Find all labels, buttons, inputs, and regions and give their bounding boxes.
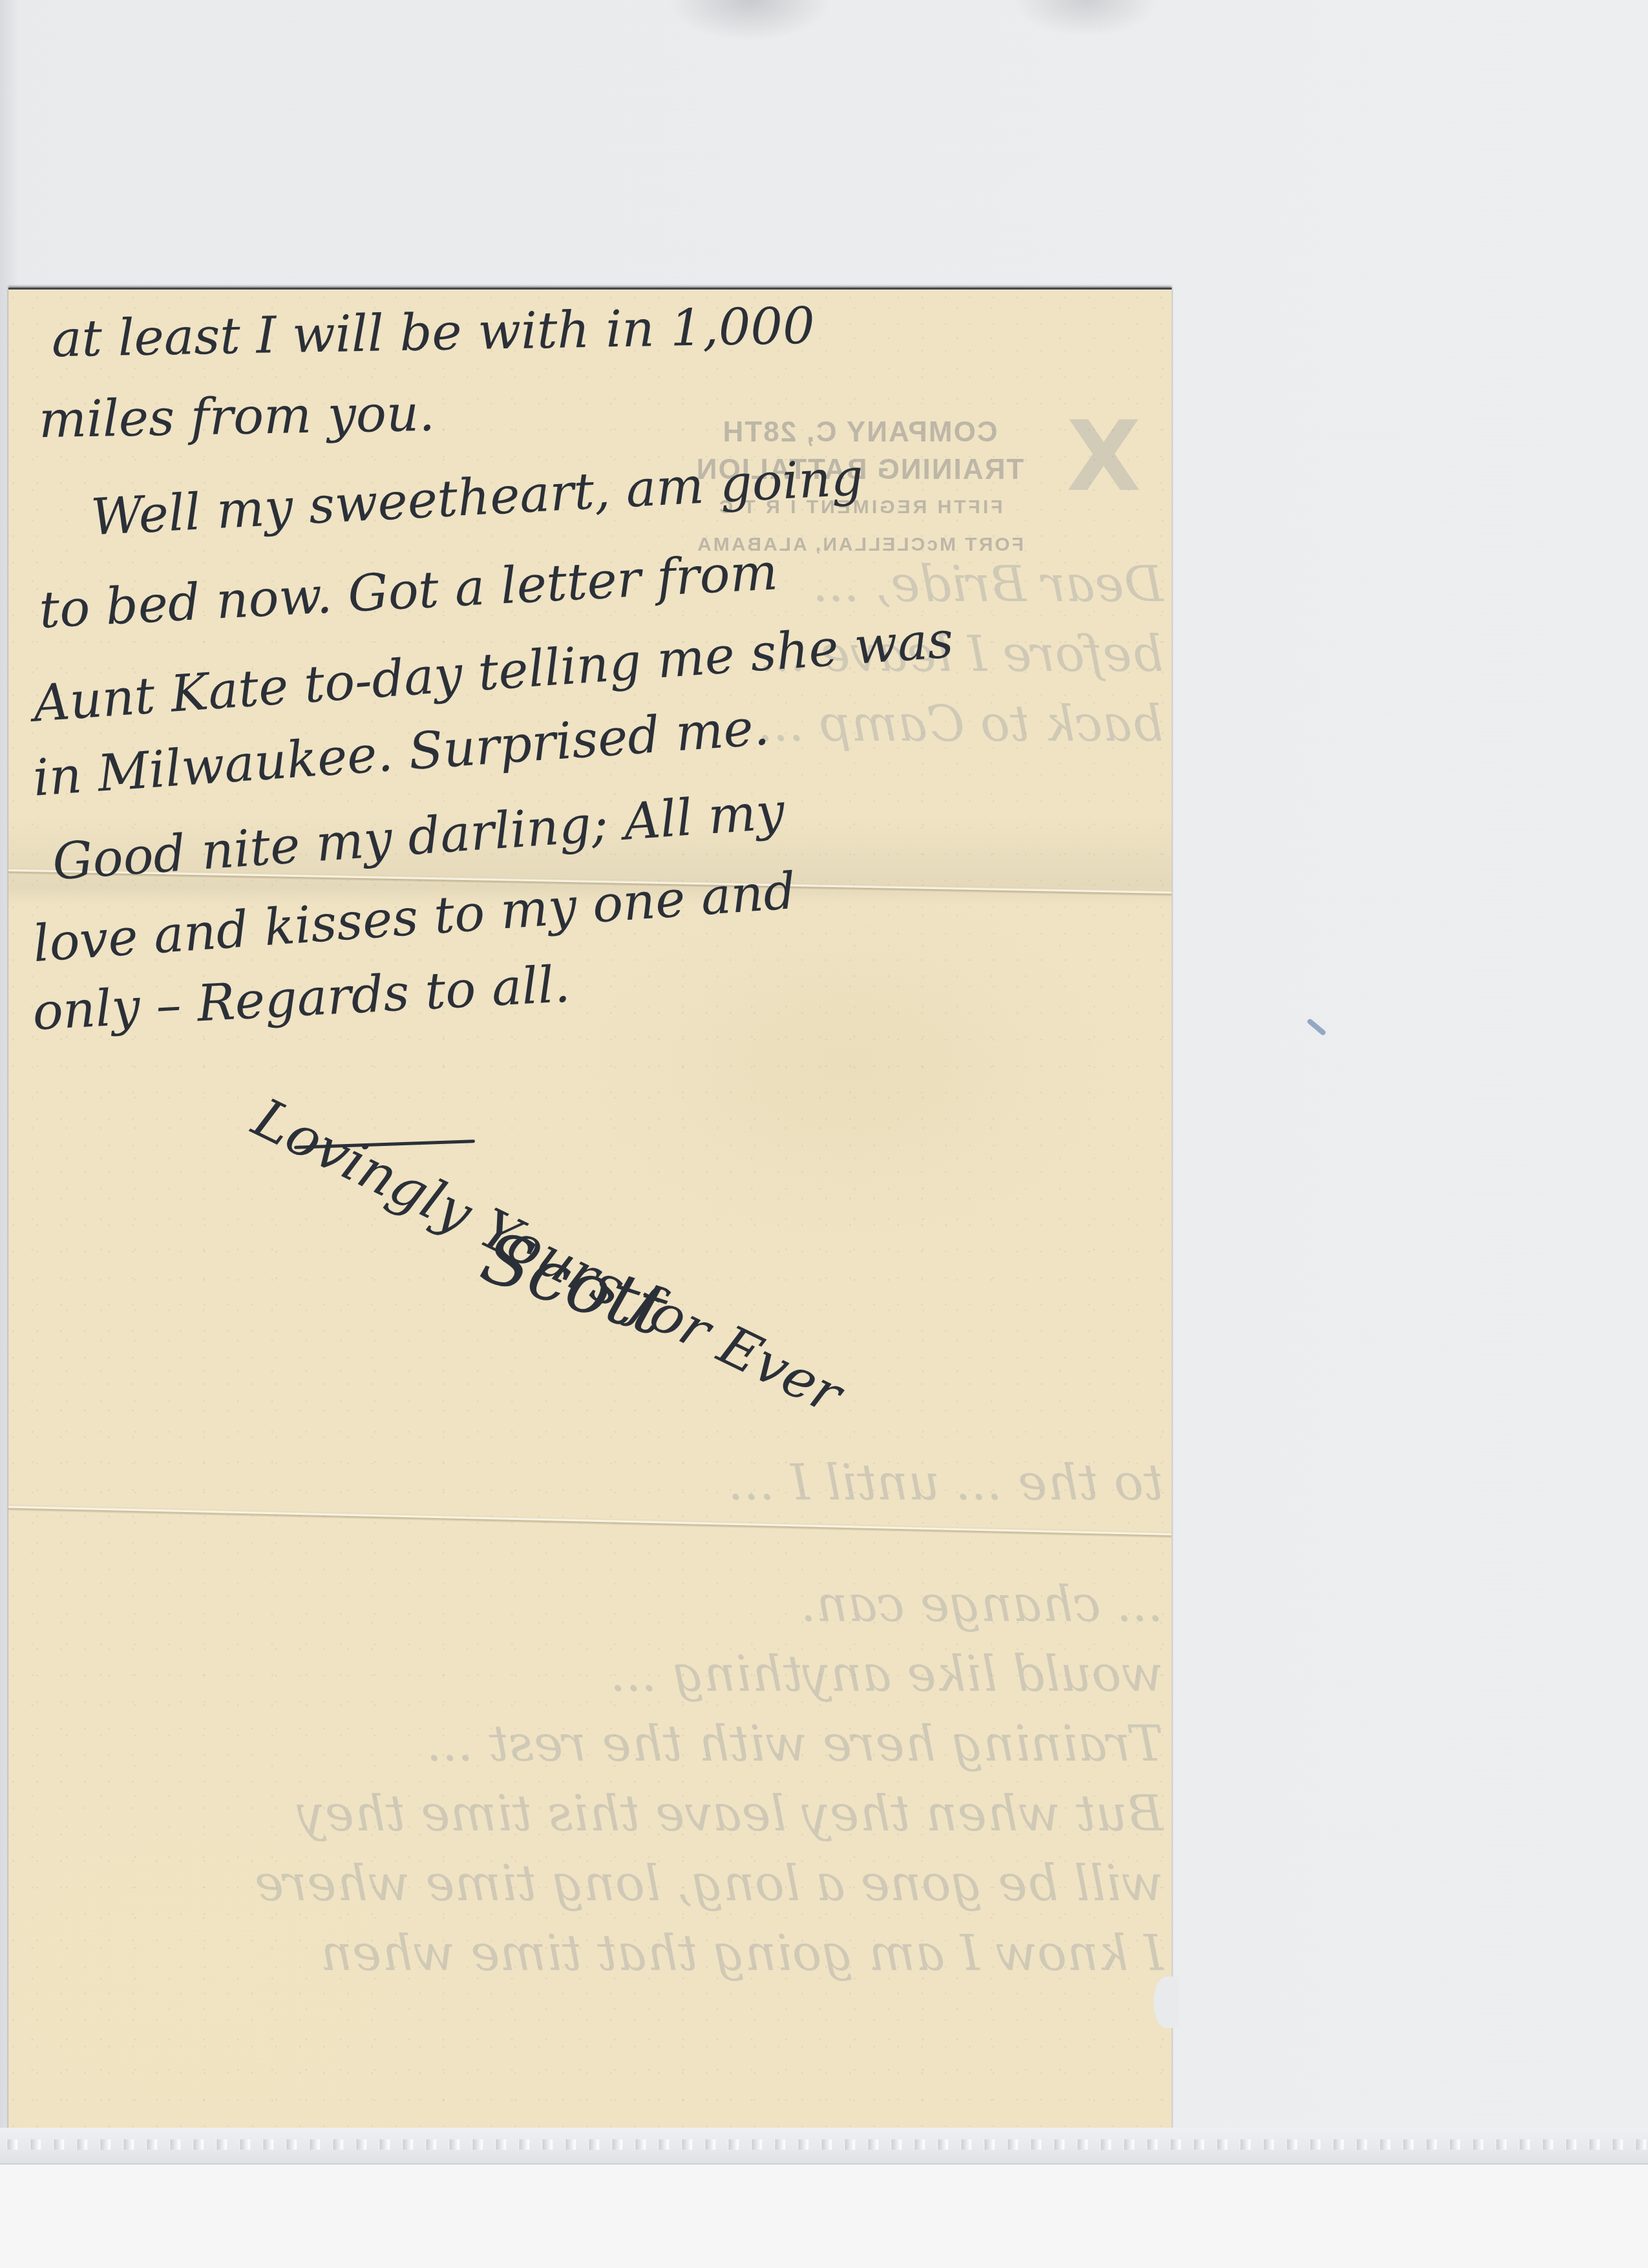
ghost-line: ... change can.: [26, 1569, 1163, 1639]
ghost-line: will be gone a long, long time where: [26, 1849, 1163, 1918]
plastic-sleeve-strip: [0, 2128, 1648, 2165]
ghost-line: I know I am going that time when: [26, 1918, 1163, 1988]
letterhead-emblem-icon: X: [1066, 401, 1141, 513]
ghost-line: to the ... until I ...: [26, 1448, 1163, 1518]
letter-line-2: miles from you.: [38, 385, 435, 450]
ghost-line: would like anything ...: [26, 1639, 1163, 1709]
sleeve-perforation: [0, 2139, 1648, 2150]
ghost-line: But when they leave this time they: [26, 1779, 1163, 1849]
scanner-bed-bottom: [0, 2165, 1648, 2268]
ghost-line: Training here with the rest ...: [26, 1709, 1163, 1779]
